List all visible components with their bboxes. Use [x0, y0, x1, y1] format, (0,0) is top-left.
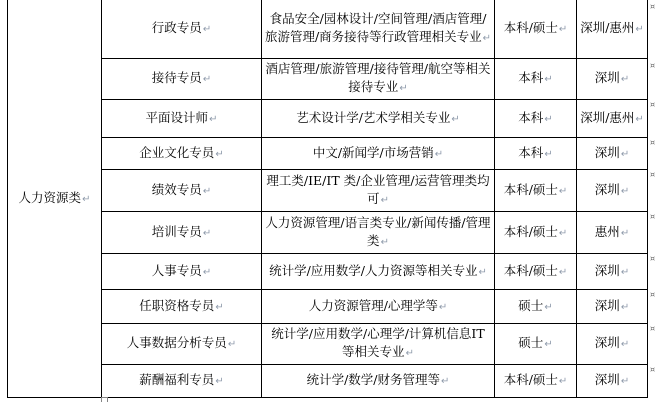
row-end-marker-icon: ¤: [650, 325, 655, 333]
return-mark-icon: ↵: [635, 114, 643, 125]
table-row: 任职资格专员↵ 人力资源管理/心理学等↵ 硕士↵ 深圳↵: [8, 290, 648, 324]
return-mark-icon: ↵: [203, 74, 211, 85]
location-cell: 深圳↵: [577, 254, 648, 290]
return-mark-icon: ↵: [559, 228, 567, 239]
education-cell: 本科↵: [495, 100, 577, 138]
return-mark-icon: ↵: [621, 339, 629, 350]
education-cell: 本科/硕士↵: [495, 170, 577, 212]
return-mark-icon: ↵: [544, 114, 552, 125]
majors-cell: 中文/新闻学/市场营销↵: [262, 138, 495, 170]
position-cell: 人事专员↵: [102, 254, 262, 290]
return-mark-icon: ↵: [441, 376, 449, 387]
majors-cell: 食品安全/园林设计/空间管理/酒店管理/旅游管理/商务接待等行政管理相关专业↵: [262, 0, 495, 59]
return-mark-icon: ↵: [559, 267, 567, 278]
return-mark-icon: ↵: [203, 24, 211, 35]
return-mark-icon: ↵: [544, 339, 552, 350]
return-mark-icon: ↵: [439, 302, 447, 313]
return-mark-icon: ↵: [203, 267, 211, 278]
location-cell: 深圳↵: [577, 59, 648, 100]
position-cell: 平面设计师↵: [102, 100, 262, 138]
education-cell: 硕士↵: [495, 324, 577, 365]
return-mark-icon: ↵: [559, 186, 567, 197]
category-cell: 人力资源类↵: [8, 0, 102, 398]
education-cell: 本科/硕士↵: [495, 0, 577, 59]
majors-cell: 酒店管理/旅游管理/接待管理/航空等相关接待专业↵: [262, 59, 495, 100]
position-cell: 培训专员↵: [102, 212, 262, 254]
position-cell: 企业文化专员↵: [102, 138, 262, 170]
table-row: 薪酬福利专员↵ 统计学/数学/财务管理等↵ 本科/硕士↵ 深圳↵: [8, 365, 648, 398]
return-mark-icon: ↵: [451, 114, 459, 125]
return-mark-icon: ↵: [635, 24, 643, 35]
return-mark-icon: ↵: [621, 228, 629, 239]
return-mark-icon: ↵: [544, 149, 552, 160]
return-mark-icon: ↵: [435, 149, 443, 160]
location-cell: 深圳↵: [577, 324, 648, 365]
return-mark-icon: ↵: [82, 194, 90, 205]
return-mark-icon: ↵: [381, 195, 389, 206]
row-end-marker-icon: ¤: [650, 291, 655, 299]
category-label: 人力资源类: [19, 190, 82, 205]
location-cell: 深圳↵: [577, 290, 648, 324]
education-cell: 本科↵: [495, 59, 577, 100]
location-cell: 深圳/惠州↵: [577, 100, 648, 138]
return-mark-icon: ↵: [215, 376, 223, 387]
position-cell: 人事数据分析专员↵: [102, 324, 262, 365]
majors-cell: 理工类/IE/IT 类/企业管理/运营管理类均可↵: [262, 170, 495, 212]
majors-cell: 艺术设计学/艺术学相关专业↵: [262, 100, 495, 138]
return-mark-icon: ↵: [399, 83, 407, 94]
position-cell: 任职资格专员↵: [102, 290, 262, 324]
row-end-marker-icon: ¤: [650, 3, 655, 11]
return-mark-icon: ↵: [209, 114, 217, 125]
return-mark-icon: ↵: [215, 149, 223, 160]
table-row: 人力资源类↵ 行政专员↵ 食品安全/园林设计/空间管理/酒店管理/旅游管理/商务…: [8, 0, 648, 59]
majors-cell: 人力资源管理/心理学等↵: [262, 290, 495, 324]
location-cell: 深圳/惠州↵: [577, 0, 648, 59]
return-mark-icon: ↵: [544, 74, 552, 85]
table-row: 绩效专员↵ 理工类/IE/IT 类/企业管理/运营管理类均可↵ 本科/硕士↵ 深…: [8, 170, 648, 212]
return-mark-icon: ↵: [203, 186, 211, 197]
location-cell: 深圳↵: [577, 138, 648, 170]
return-mark-icon: ↵: [479, 267, 487, 278]
return-mark-icon: ↵: [228, 339, 236, 350]
table-row: 人事专员↵ 统计学/应用数学/人力资源等相关专业↵ 本科/硕士↵ 深圳↵: [8, 254, 648, 290]
location-cell: 深圳↵: [577, 170, 648, 212]
education-cell: 硕士↵: [495, 290, 577, 324]
return-mark-icon: ↵: [559, 24, 567, 35]
table-row: 企业文化专员↵ 中文/新闻学/市场营销↵ 本科↵ 深圳↵: [8, 138, 648, 170]
education-cell: 本科↵: [495, 138, 577, 170]
return-mark-icon: ↵: [621, 267, 629, 278]
education-cell: 本科/硕士↵: [495, 365, 577, 398]
table-row: 接待专员↵ 酒店管理/旅游管理/接待管理/航空等相关接待专业↵ 本科↵ 深圳↵: [8, 59, 648, 100]
return-mark-icon: ↵: [621, 186, 629, 197]
return-mark-icon: ↵: [544, 302, 552, 313]
return-mark-icon: ↵: [621, 302, 629, 313]
return-mark-icon: ↵: [621, 376, 629, 387]
row-end-marker-icon: ¤: [650, 62, 655, 70]
return-mark-icon: ↵: [483, 33, 491, 44]
hr-positions-table: 人力资源类↵ 行政专员↵ 食品安全/园林设计/空间管理/酒店管理/旅游管理/商务…: [7, 0, 648, 398]
position-cell: 绩效专员↵: [102, 170, 262, 212]
majors-cell: 统计学/应用数学/人力资源等相关专业↵: [262, 254, 495, 290]
location-cell: 惠州↵: [577, 212, 648, 254]
row-end-marker-icon: ¤: [650, 139, 655, 147]
table-row: 平面设计师↵ 艺术设计学/艺术学相关专业↵ 本科↵ 深圳/惠州↵: [8, 100, 648, 138]
row-end-marker-icon: ¤: [650, 101, 655, 109]
return-mark-icon: ↵: [203, 228, 211, 239]
row-end-marker-icon: ¤: [650, 171, 655, 179]
location-cell: 深圳↵: [577, 365, 648, 398]
majors-cell: 统计学/数学/财务管理等↵: [262, 365, 495, 398]
education-cell: 本科/硕士↵: [495, 254, 577, 290]
position-cell: 薪酬福利专员↵: [102, 365, 262, 398]
row-end-marker-icon: ¤: [650, 366, 655, 374]
row-end-marker-icon: ¤: [650, 255, 655, 263]
row-end-marker-icon: ¤: [650, 213, 655, 221]
return-mark-icon: ↵: [559, 376, 567, 387]
return-mark-icon: ↵: [215, 302, 223, 313]
table-row: 人事数据分析专员↵ 统计学/应用数学/心理学/计算机信息IT 等相关专业↵ 硕士…: [8, 324, 648, 365]
majors-cell: 统计学/应用数学/心理学/计算机信息IT 等相关专业↵: [262, 324, 495, 365]
table-row: 培训专员↵ 人力资源管理/语言类专业/新闻传播/管理类↵ 本科/硕士↵ 惠州↵: [8, 212, 648, 254]
position-cell: 接待专员↵: [102, 59, 262, 100]
majors-cell: 人力资源管理/语言类专业/新闻传播/管理类↵: [262, 212, 495, 254]
return-mark-icon: ↵: [406, 348, 414, 359]
return-mark-icon: ↵: [621, 149, 629, 160]
return-mark-icon: ↵: [381, 237, 389, 248]
position-cell: 行政专员↵: [102, 0, 262, 59]
return-mark-icon: ↵: [621, 74, 629, 85]
paragraph-mark-icon: [101, 397, 108, 402]
education-cell: 本科/硕士↵: [495, 212, 577, 254]
